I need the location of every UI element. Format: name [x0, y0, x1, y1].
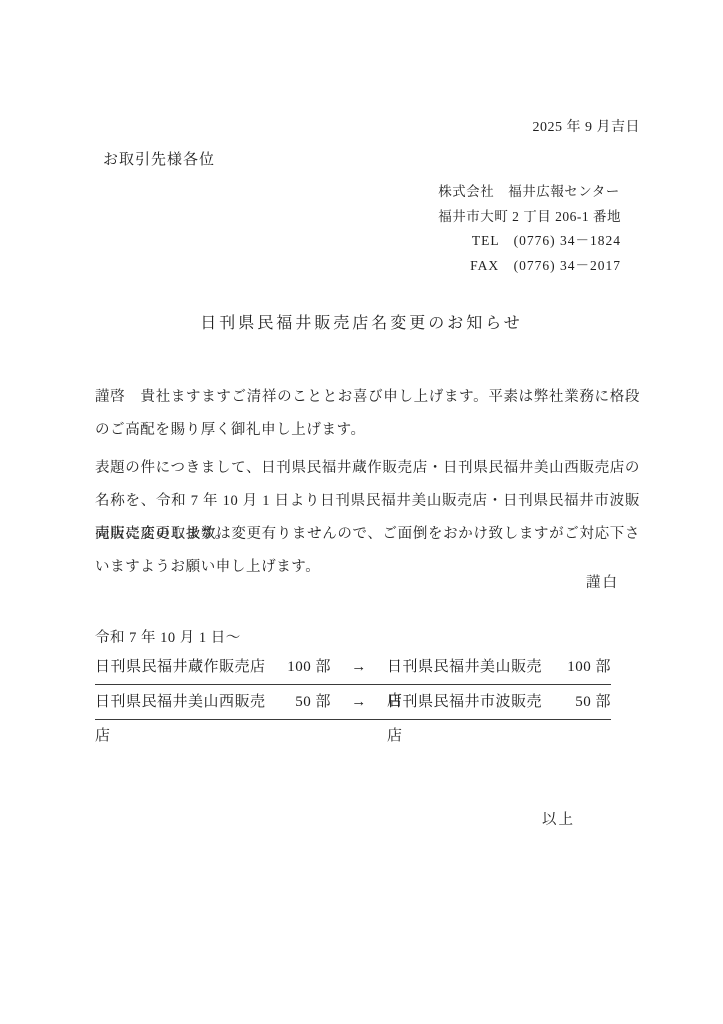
- old-store-count: 100 部: [275, 650, 331, 684]
- table-row: 日刊県民福井蔵作販売店 100 部 → 日刊県民福井美山販売店 100 部: [95, 650, 611, 685]
- new-store-name: 日刊県民福井市波販売店: [387, 685, 549, 753]
- sender-block: 株式会社 福井広報センター 福井市大町 2 丁目 206-1 番地 TEL (0…: [438, 180, 621, 278]
- sender-tel: TEL (0776) 34－1824: [438, 229, 621, 254]
- sender-company: 株式会社 福井広報センター: [438, 180, 621, 205]
- old-store-name: 日刊県民福井美山西販売店: [95, 685, 275, 753]
- old-store-name: 日刊県民福井蔵作販売店: [95, 650, 275, 684]
- sender-fax: FAX (0776) 34－2017: [438, 254, 621, 279]
- letter-title: 日刊県民福井販売店名変更のお知らせ: [0, 310, 723, 333]
- letter-date: 2025 年 9 月吉日: [533, 116, 641, 136]
- end-mark: 以上: [542, 808, 575, 829]
- table-row: 日刊県民福井美山西販売店 50 部 → 日刊県民福井市波販売店 50 部: [95, 685, 611, 720]
- arrow-icon: →: [331, 650, 387, 684]
- sender-address: 福井市大町 2 丁目 206-1 番地: [438, 205, 621, 230]
- paragraph-request: 両販売店の取扱数は変更有りませんので、ご面倒をおかけ致しますがご対応下さいますよ…: [95, 518, 640, 584]
- arrow-icon: →: [331, 685, 387, 719]
- effective-date: 令和 7 年 10 月 1 日～: [95, 626, 241, 647]
- store-change-table: 日刊県民福井蔵作販売店 100 部 → 日刊県民福井美山販売店 100 部 日刊…: [95, 650, 611, 720]
- letter-page: 2025 年 9 月吉日 お取引先様各位 株式会社 福井広報センター 福井市大町…: [0, 0, 723, 1024]
- paragraph-greeting: 謹啓 貴社ますますご清祥のこととお喜び申し上げます。平素は弊社業務に格段のご高配…: [95, 381, 640, 447]
- new-store-count: 100 部: [549, 650, 611, 684]
- new-store-count: 50 部: [549, 685, 611, 719]
- closing-word: 謹白: [586, 571, 619, 592]
- addressee: お取引先様各位: [103, 148, 215, 169]
- old-store-count: 50 部: [275, 685, 331, 719]
